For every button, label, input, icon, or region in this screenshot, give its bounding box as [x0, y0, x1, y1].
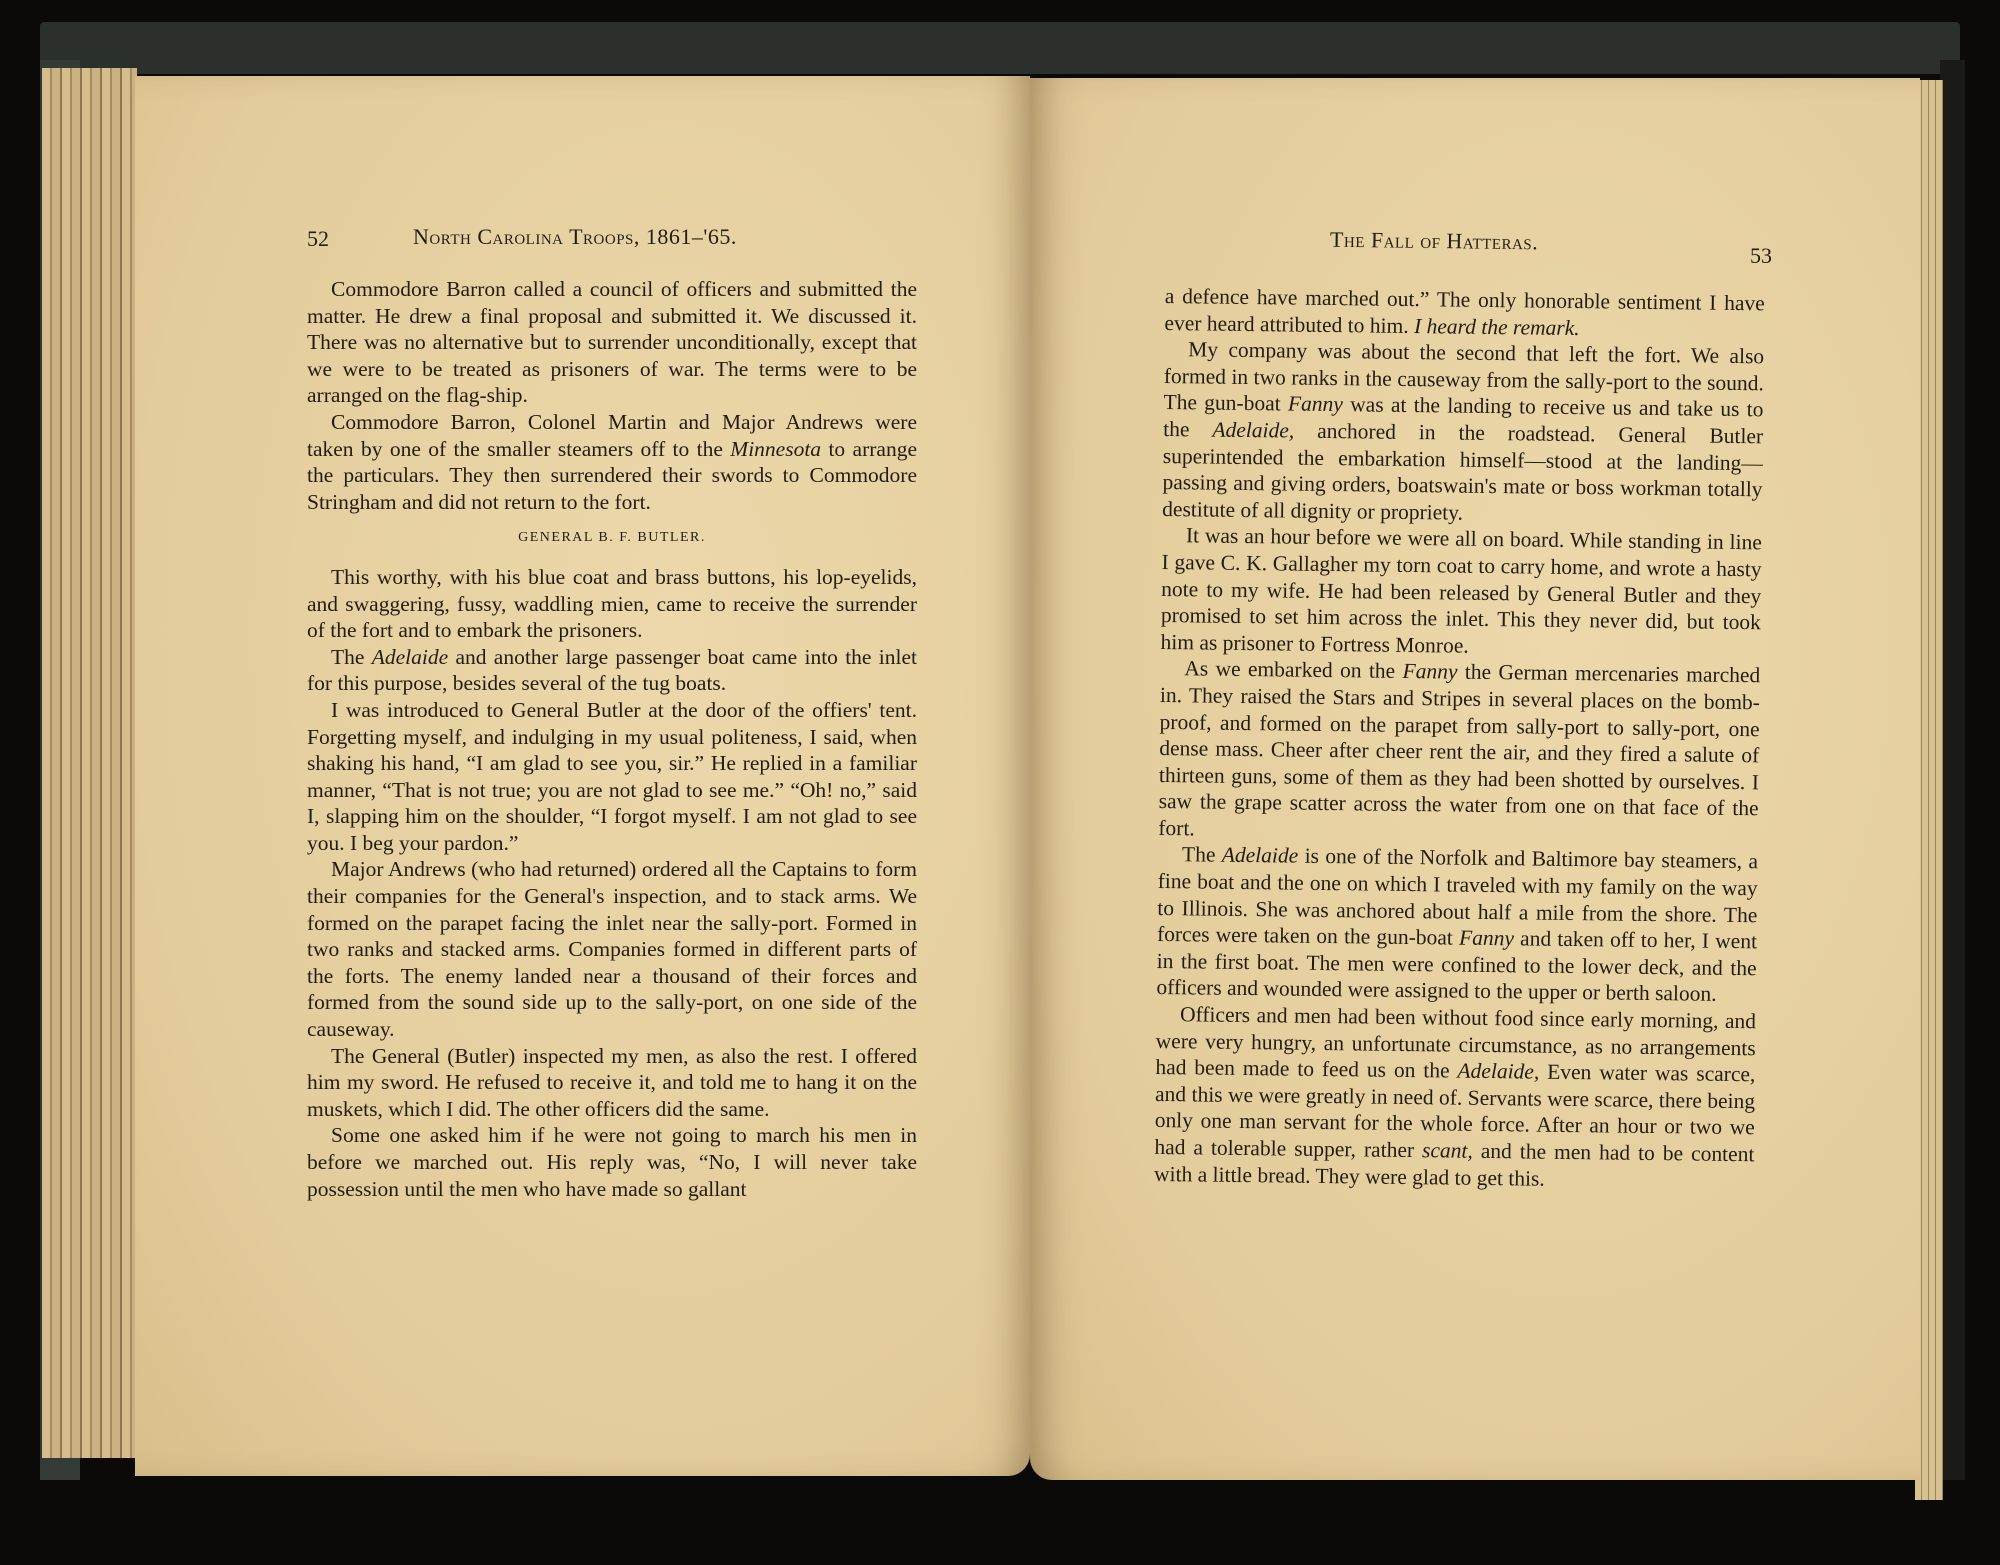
- right-page: The Fall of Hatteras. 53 a defence have …: [1030, 78, 1920, 1480]
- left-page-body: Commodore Barron called a council of off…: [307, 276, 917, 1202]
- paragraph: My company was about the second that lef…: [1162, 336, 1764, 529]
- book-cover-right-edge: [1940, 60, 1965, 1480]
- paragraph: It was an hour before we were all on boa…: [1160, 522, 1762, 662]
- paragraph: Some one asked him if he were not going …: [307, 1122, 917, 1202]
- book-cover-top-edge: [40, 22, 1960, 74]
- italic-ship-name: Fanny: [1288, 392, 1343, 417]
- italic-text: I heard the remark.: [1414, 314, 1580, 340]
- paragraph: The General (Butler) inspected my men, a…: [307, 1043, 917, 1123]
- italic-ship-name: Adelaide: [372, 645, 448, 669]
- paragraph: The Adelaide is one of the Norfolk and B…: [1156, 841, 1758, 1008]
- italic-ship-name: Minnesota: [730, 437, 821, 461]
- page-stack-left: [42, 68, 137, 1458]
- text-run: The: [331, 645, 372, 669]
- paragraph: The Adelaide and another large passenger…: [307, 644, 917, 697]
- page-number: 53: [1750, 243, 1772, 269]
- paragraph: Commodore Barron, Colonel Martin and Maj…: [307, 409, 917, 515]
- running-head: North Carolina Troops, 1861–'65.: [413, 224, 737, 250]
- italic-ship-name: Adelaide,: [1457, 1059, 1539, 1084]
- italic-ship-name: Adelaide,: [1212, 418, 1294, 443]
- paragraph: Major Andrews (who had returned) ordered…: [307, 856, 917, 1042]
- italic-ship-name: Fanny: [1402, 659, 1457, 684]
- italic-ship-name: scant,: [1422, 1138, 1473, 1163]
- paragraph: I was introduced to General Butler at th…: [307, 697, 917, 857]
- page-number: 52: [307, 226, 329, 252]
- paragraph: This worthy, with his blue coat and bras…: [307, 564, 917, 644]
- running-head: The Fall of Hatteras.: [1330, 227, 1539, 256]
- paragraph: As we embarked on the Fanny the German m…: [1158, 655, 1760, 848]
- italic-ship-name: Adelaide: [1222, 843, 1299, 868]
- paragraph: Officers and men had been without food s…: [1154, 1001, 1756, 1194]
- section-heading: GENERAL B. F. BUTLER.: [307, 525, 917, 552]
- continuation-paragraph: a defence have marched out.” The only ho…: [1164, 283, 1765, 344]
- paragraph: Commodore Barron called a council of off…: [307, 276, 917, 409]
- italic-ship-name: Fanny: [1459, 926, 1514, 951]
- right-page-body: a defence have marched out.” The only ho…: [1154, 283, 1765, 1194]
- left-page: 52 North Carolina Troops, 1861–'65. Comm…: [135, 76, 1030, 1476]
